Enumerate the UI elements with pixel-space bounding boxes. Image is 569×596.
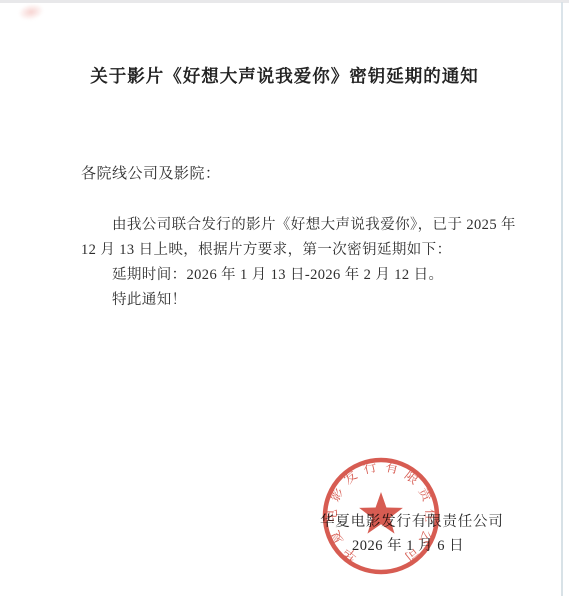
- body-line: 12 月 13 日上映，根据片方要求，第一次密钥延期如下：: [81, 238, 493, 263]
- body-line: 特此通知！: [81, 288, 493, 313]
- star-icon: [359, 492, 403, 534]
- page-title: 关于影片《好想大声说我爱你》密钥延期的通知: [60, 63, 509, 88]
- salutation: 各院线公司及影院：: [81, 162, 221, 183]
- scan-pink-smudge: [17, 1, 46, 22]
- body-line: 由我公司联合发行的影片《好想大声说我爱你》，已于 2025 年: [81, 213, 493, 238]
- company-seal-svg: 华夏电影发行有限责任公司: [315, 451, 447, 583]
- scanned-notice-page: 关于影片《好想大声说我爱你》密钥延期的通知 各院线公司及影院： 由我公司联合发行…: [0, 0, 569, 596]
- company-seal: 华夏电影发行有限责任公司: [315, 451, 447, 583]
- body-line: 延期时间：2026 年 1 月 13 日-2026 年 2 月 12 日。: [81, 263, 493, 288]
- scan-edge-line: [561, 2, 563, 596]
- notice-body: 由我公司联合发行的影片《好想大声说我爱你》，已于 2025 年 12 月 13 …: [81, 213, 493, 313]
- scan-top-band: [0, 0, 569, 3]
